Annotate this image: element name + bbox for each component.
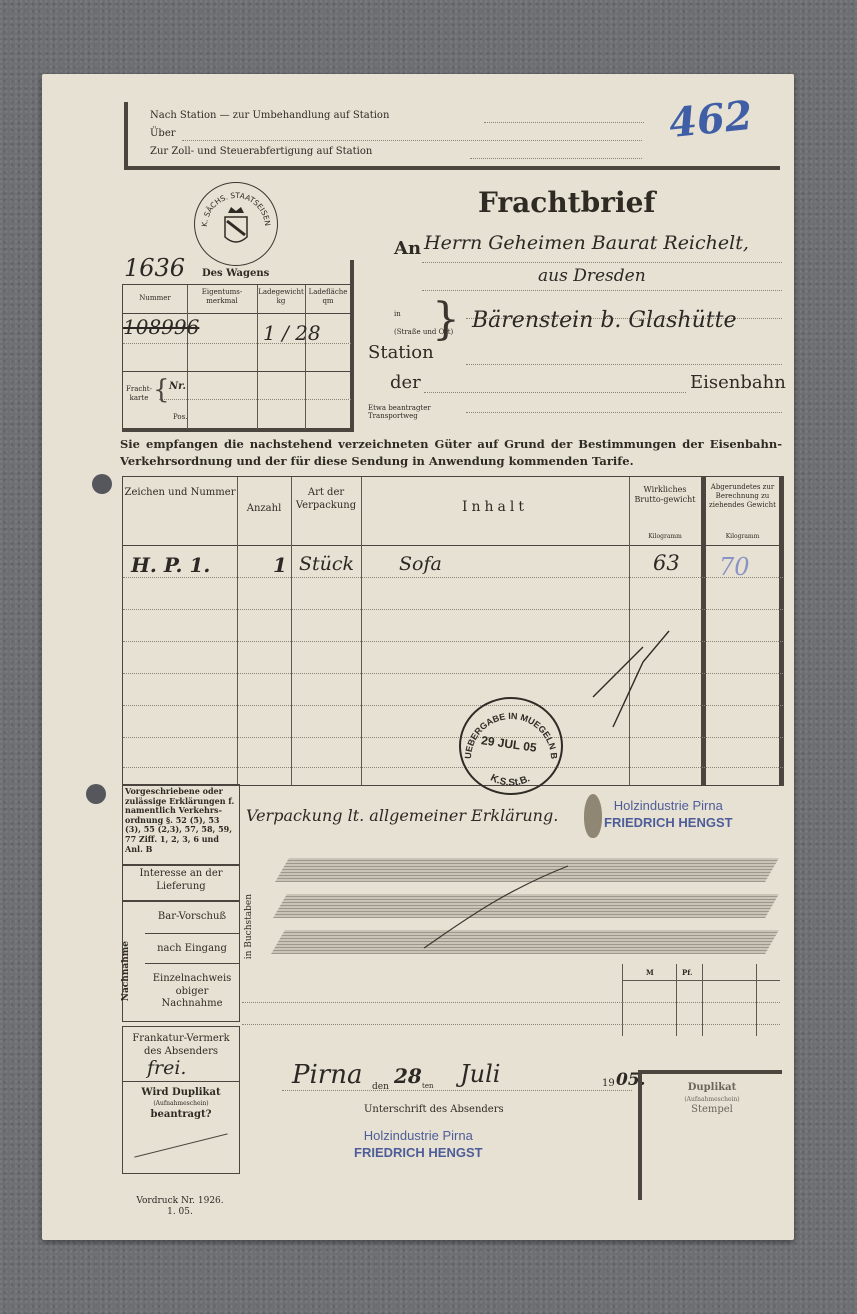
signature-place: Pirna <box>292 1060 362 1090</box>
mini-money-table: M Pf. <box>622 964 780 1036</box>
footer-vordruck: Vordruck Nr. 1926. 1. 05. <box>122 1196 238 1219</box>
col-ladegewicht: Ladegewicht kg <box>257 288 305 306</box>
recipient-name: Herrn Geheimen Baurat Reichelt, <box>424 232 749 254</box>
ladegewicht-value: 1 / 28 <box>263 321 321 345</box>
header-gerundet: Abgerundetes zur Berechnung zu ziehendes… <box>706 483 779 509</box>
header-brutto: Wirkliches Brutto-gewicht <box>629 485 701 505</box>
einzelnachweis-label: Einzelnachweis obiger Nachnahme <box>145 973 239 1011</box>
nach-eingang-label: nach Eingang <box>145 943 239 956</box>
row-anzahl: 1 <box>273 553 287 577</box>
duplikat-sub: (Aufnahmeschein) <box>642 1096 782 1104</box>
col-nummer: Nummer <box>123 294 187 303</box>
coat-of-arms-icon: K. SÄCHS. STAATSEISENBAHNEN <box>195 183 277 265</box>
punch-hole <box>92 474 112 494</box>
pos-label: Pos. <box>173 413 187 421</box>
row-zeichen: H. P. 1. <box>131 553 210 577</box>
wagon-number-value: 108996 <box>123 315 199 339</box>
signature-section: Pirna den 28 ten Juli 19 05. Unterschrif… <box>282 1044 642 1194</box>
signature-caption: Unterschrift des Absenders <box>364 1104 504 1115</box>
route-line-1: Nach Station — zur Umbehandlung auf Stat… <box>150 110 490 121</box>
frankatur-value: frei. <box>147 1057 186 1079</box>
duplikat-stamp-box: Duplikat (Aufnahmeschein) Stempel <box>638 1070 782 1200</box>
sender-stamp-bottom: Holzindustrie Pirna FRIEDRICH HENGST <box>354 1128 483 1162</box>
row-art: Stück <box>299 553 354 575</box>
eisenbahn-label: Eisenbahn <box>690 372 786 393</box>
punch-hole <box>86 784 106 804</box>
stamp-line-1: Holzindustrie Pirna <box>604 798 733 815</box>
station-value: Bärenstein b. Glashütte <box>472 308 736 333</box>
header-anzahl: Anzahl <box>237 503 291 516</box>
nachnahme-box: Nachnahme Bar-Vorschuß nach Eingang Einz… <box>122 900 240 1022</box>
intro-text: Sie empfangen die nachstehend verzeichne… <box>120 436 782 469</box>
frankatur-box: Frankatur-Vermerk des Absenders frei. Wi… <box>122 1026 240 1174</box>
duplikat-stempel: Stempel <box>642 1104 782 1117</box>
declarations-label: Vorgeschriebene oder zulässige Erklärung… <box>125 787 237 854</box>
header-inhalt: Inhalt <box>361 499 629 517</box>
route-line-2: Über <box>150 128 176 139</box>
wagon-title: Des Wagens <box>202 268 269 279</box>
routing-block: Nach Station — zur Umbehandlung auf Stat… <box>124 102 780 170</box>
stamp-line-2: FRIEDRICH HENGST <box>604 815 733 832</box>
duplikat-title: Duplikat <box>642 1082 782 1095</box>
goods-table: Zeichen und Nummer Anzahl Art der Verpac… <box>122 476 784 786</box>
pen-stroke-mark <box>583 627 673 737</box>
frachtbrief-document: Nach Station — zur Umbehandlung auf Stat… <box>42 74 794 1240</box>
duplikat-question-sub: (Aufnahmeschein) <box>123 1100 239 1108</box>
svg-text:K. SÄCHS. STAATSEISENBAHNEN: K. SÄCHS. STAATSEISENBAHNEN <box>195 183 272 227</box>
header-zeichen: Zeichen und Nummer <box>123 487 237 500</box>
frachtkarte-label: Fracht-karte <box>125 385 153 403</box>
postmark-stamp: UEBERGABE IN MUEGELN B/PIRNA K.S.St.B. 2… <box>459 697 563 795</box>
row-brutto: 63 <box>653 551 680 575</box>
header-art: Art der Verpackung <box>291 487 361 512</box>
transport-label: Etwa beantragter Transportweg <box>368 404 448 421</box>
recipient-block: An Herrn Geheimen Baurat Reichelt, aus D… <box>362 214 782 424</box>
wagon-handwritten-number: 1636 <box>124 254 185 282</box>
route-line-3: Zur Zoll- und Steuerabfertigung auf Stat… <box>150 146 470 157</box>
railway-seal: K. SÄCHS. STAATSEISENBAHNEN <box>194 182 278 266</box>
declarations-section: Vorgeschriebene oder zulässige Erklärung… <box>122 784 782 866</box>
buchstaben-label: in Buchstaben <box>244 894 254 959</box>
header-brutto-unit: Kilogramm <box>629 533 701 541</box>
declarations-value: Verpackung lt. allgemeiner Erklärung. <box>246 806 558 825</box>
recipient-city: aus Dresden <box>538 266 646 286</box>
in-label: in <box>394 310 401 318</box>
col-eigentumsmerkmal: Eigentums-merkmal <box>187 288 257 306</box>
pencil-annotation: 462 <box>667 92 755 147</box>
signature-day: 28 <box>394 1064 422 1088</box>
station-label: Station <box>368 342 434 363</box>
der-label: der <box>390 372 421 393</box>
col-mark: M <box>646 968 654 977</box>
row-gerundet: 70 <box>719 553 750 581</box>
col-pfennig: Pf. <box>682 968 692 977</box>
row-inhalt: Sofa <box>399 553 442 575</box>
bar-vorschuss-label: Bar-Vorschuß <box>145 911 239 924</box>
duplikat-answer-stroke <box>134 1133 227 1157</box>
nr-label: Nr. <box>169 381 186 392</box>
sender-stamp-top: Holzindustrie Pirna FRIEDRICH HENGST <box>604 798 733 832</box>
duplikat-question-label2: beantragt? <box>123 1109 239 1122</box>
interesse-box: Interesse an der Lieferung <box>122 864 240 902</box>
an-label: An <box>394 238 421 259</box>
frankatur-label: Frankatur-Vermerk des Absenders <box>123 1027 239 1058</box>
year-prefix: 19 <box>602 1078 615 1089</box>
den-label: den <box>372 1082 389 1092</box>
duplikat-question-label: Wird Duplikat <box>123 1087 239 1100</box>
col-ladeflaeche: Ladefläche qm <box>305 288 351 306</box>
wagon-box: 1636 Des Wagens Nummer Eigentums-merkmal… <box>122 260 354 432</box>
pen-strike-line <box>422 862 572 952</box>
signature-month: Juli <box>460 1060 500 1088</box>
ten-label: ten <box>422 1082 433 1090</box>
wax-seal <box>584 794 602 838</box>
nachnahme-label: Nachnahme <box>121 941 141 1001</box>
header-gerundet-unit: Kilogramm <box>706 533 779 541</box>
